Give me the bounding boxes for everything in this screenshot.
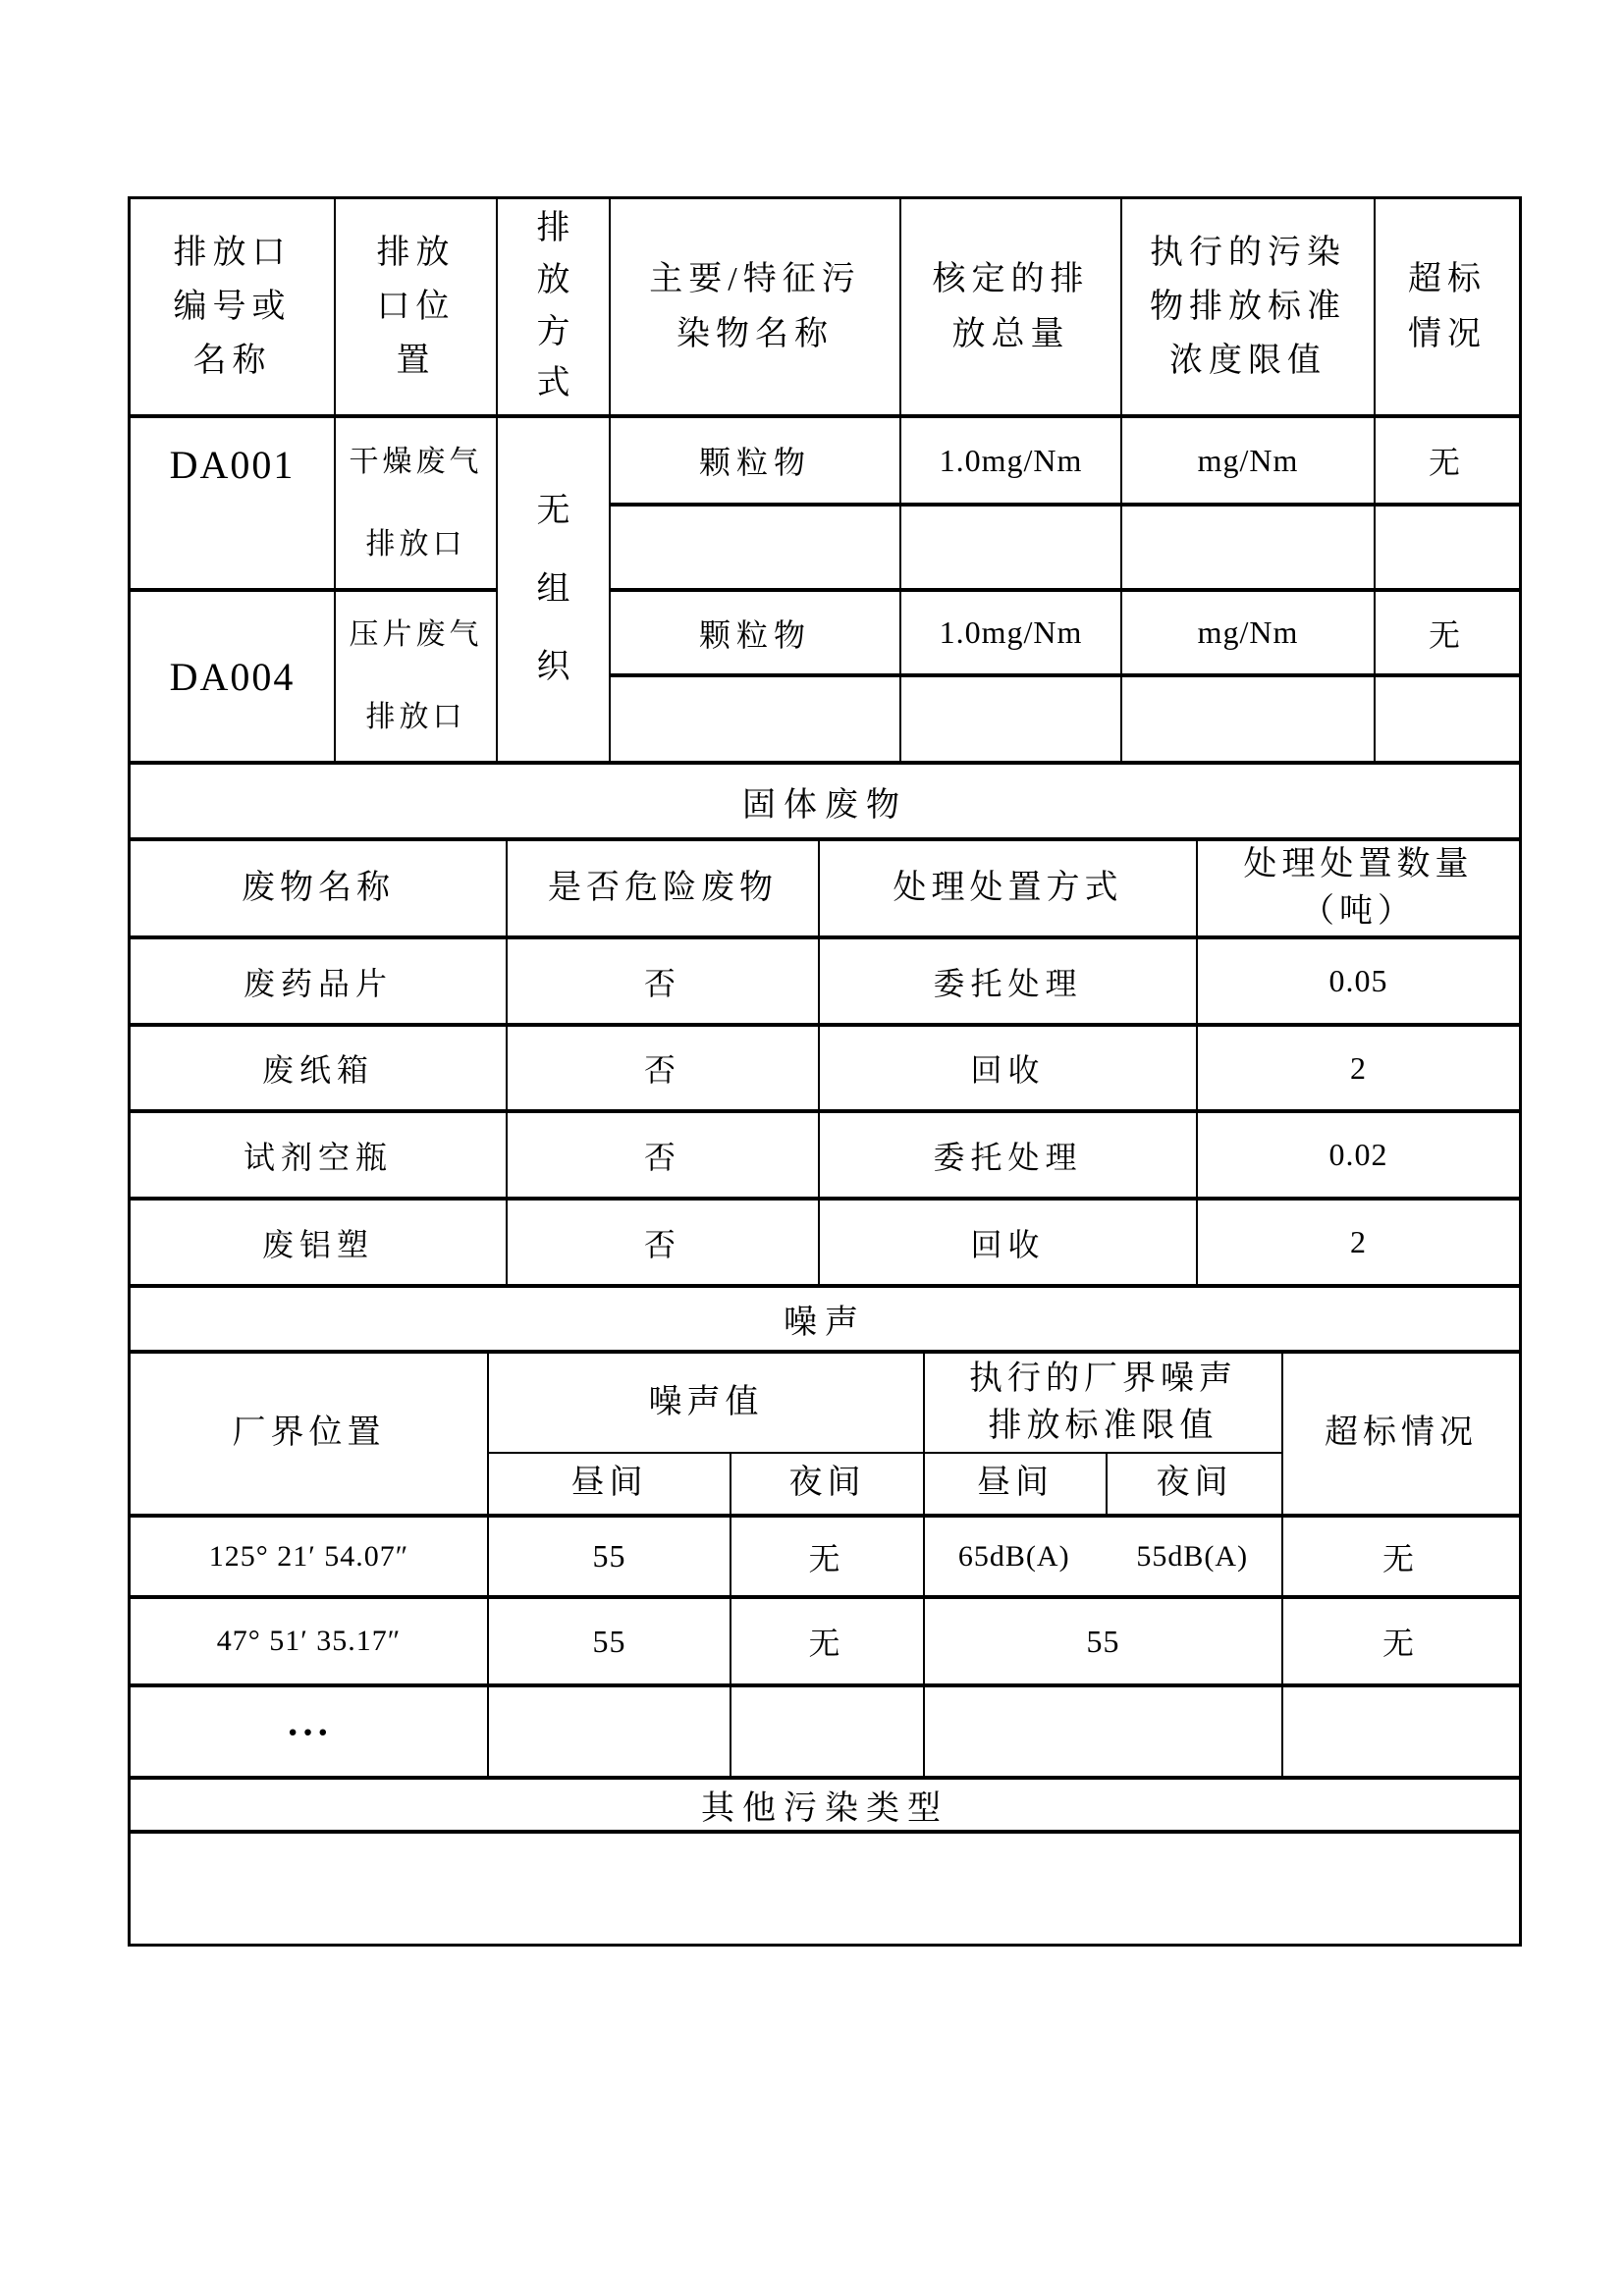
noise-subheader-std-day: 昼间	[925, 1454, 1108, 1518]
noise-subheader-value-day: 昼间	[489, 1454, 731, 1518]
solid-waste-row-2-amount: 0.02	[1198, 1113, 1519, 1201]
air-outlet-id-da001: DA001	[131, 418, 336, 592]
noise-row-2-day	[489, 1687, 731, 1776]
solid-waste-row-3-name: 废铝塑	[131, 1201, 508, 1284]
solid-waste-row-2-hazardous: 否	[508, 1113, 820, 1201]
air-da001-approved-total: 1.0mg/Nm	[901, 418, 1122, 507]
air-header-outlet-id: 排放口 编号或 名称	[131, 199, 336, 418]
noise-subheader-value-night: 夜间	[731, 1454, 925, 1518]
air-header-approved-total: 核定的排 放总量	[901, 199, 1122, 418]
noise-row-0-day: 55	[489, 1518, 731, 1599]
noise-row-1-night: 无	[731, 1599, 925, 1687]
air-header-exceed-status: 超标 情况	[1376, 199, 1519, 418]
solid-waste-section: 固体废物 废物名称 是否危险废物 处理处置方式 处理处置数量 （吨） 废药品片 …	[131, 765, 1519, 1288]
air-da004-empty-total	[901, 677, 1122, 761]
solid-waste-header-hazardous: 是否危险废物	[508, 841, 820, 939]
noise-row-0-exceed: 无	[1283, 1518, 1519, 1599]
noise-row-0-standard: 65dB(A) 55dB(A)	[925, 1518, 1283, 1599]
other-pollution-content	[131, 1834, 1519, 1944]
noise-row-0-std-night: 55dB(A)	[1136, 1540, 1248, 1574]
noise-subheader-std-night: 夜间	[1108, 1454, 1283, 1518]
noise-row-1-day: 55	[489, 1599, 731, 1687]
noise-header-noise-value: 噪声值	[489, 1354, 925, 1454]
solid-waste-row-3-method: 回收	[820, 1201, 1198, 1284]
air-da001-empty-limit	[1122, 507, 1376, 592]
solid-waste-row-1-hazardous: 否	[508, 1027, 820, 1113]
noise-row-2-exceed	[1283, 1687, 1519, 1776]
noise-row-2-boundary: ···	[131, 1687, 489, 1776]
other-pollution-title: 其他污染类型	[131, 1780, 1519, 1834]
noise-header-boundary: 厂界位置	[131, 1354, 489, 1518]
air-da004-empty-pollutant	[611, 677, 901, 761]
air-discharge-method-value: 无 组 织	[498, 418, 611, 761]
solid-waste-row-3-amount: 2	[1198, 1201, 1519, 1284]
air-outlet-id-da004: DA004	[131, 592, 336, 761]
noise-row-1-exceed: 无	[1283, 1599, 1519, 1687]
solid-waste-row-0-hazardous: 否	[508, 939, 820, 1027]
air-da001-exceed: 无	[1376, 418, 1519, 507]
air-da001-pollutant: 颗粒物	[611, 418, 901, 507]
solid-waste-header-amount: 处理处置数量 （吨）	[1198, 841, 1519, 939]
air-header-pollutant-name: 主要/特征污 染物名称	[611, 199, 901, 418]
air-header-discharge-method: 排 放 方 式	[498, 199, 611, 418]
noise-header-standard: 执行的厂界噪声 排放标准限值	[925, 1354, 1283, 1454]
solid-waste-row-1-amount: 2	[1198, 1027, 1519, 1113]
solid-waste-row-3-hazardous: 否	[508, 1201, 820, 1284]
air-da001-empty-exceed	[1376, 507, 1519, 592]
noise-row-0-night: 无	[731, 1518, 925, 1599]
air-header-outlet-location: 排放 口位 置	[336, 199, 498, 418]
air-da004-standard-limit: mg/Nm	[1122, 592, 1376, 677]
solid-waste-row-0-amount: 0.05	[1198, 939, 1519, 1027]
air-da004-empty-exceed	[1376, 677, 1519, 761]
solid-waste-row-0-name: 废药品片	[131, 939, 508, 1027]
air-da004-empty-limit	[1122, 677, 1376, 761]
air-outlet-location-da001: 干燥废气 排放口	[336, 418, 498, 592]
solid-waste-header-method: 处理处置方式	[820, 841, 1198, 939]
air-header-standard-limit: 执行的污染 物排放标准 浓度限值	[1122, 199, 1376, 418]
air-da004-exceed: 无	[1376, 592, 1519, 677]
noise-title: 噪声	[131, 1288, 1519, 1354]
solid-waste-row-2-name: 试剂空瓶	[131, 1113, 508, 1201]
noise-row-2-night	[731, 1687, 925, 1776]
air-da001-empty-total	[901, 507, 1122, 592]
noise-row-1-standard: 55	[925, 1599, 1283, 1687]
solid-waste-row-2-method: 委托处理	[820, 1113, 1198, 1201]
air-outlet-section: 排放口 编号或 名称 排放 口位 置 排 放 方 式 主要/特征污 染物名称 核…	[131, 199, 1519, 765]
air-da004-pollutant: 颗粒物	[611, 592, 901, 677]
pollution-disclosure-table: 排放口 编号或 名称 排放 口位 置 排 放 方 式 主要/特征污 染物名称 核…	[128, 196, 1522, 1947]
air-da001-empty-pollutant	[611, 507, 901, 592]
air-da001-standard-limit: mg/Nm	[1122, 418, 1376, 507]
air-outlet-location-da004: 压片废气 排放口	[336, 592, 498, 761]
air-da004-approved-total: 1.0mg/Nm	[901, 592, 1122, 677]
noise-row-0-std-day: 65dB(A)	[958, 1540, 1070, 1574]
noise-header-exceed: 超标情况	[1283, 1354, 1519, 1518]
other-pollution-section: 其他污染类型	[131, 1780, 1519, 1944]
noise-row-2-standard	[925, 1687, 1283, 1776]
noise-section: 噪声 厂界位置 噪声值 执行的厂界噪声 排放标准限值 超标情况 昼间 夜间 昼间…	[131, 1288, 1519, 1780]
noise-row-1-boundary: 47° 51′ 35.17″	[131, 1599, 489, 1687]
solid-waste-row-1-method: 回收	[820, 1027, 1198, 1113]
solid-waste-row-0-method: 委托处理	[820, 939, 1198, 1027]
document-page: { "page": { "background": "#ffffff", "li…	[0, 0, 1624, 2296]
solid-waste-title: 固体废物	[131, 765, 1519, 841]
solid-waste-row-1-name: 废纸箱	[131, 1027, 508, 1113]
solid-waste-header-name: 废物名称	[131, 841, 508, 939]
noise-row-0-boundary: 125° 21′ 54.07″	[131, 1518, 489, 1599]
